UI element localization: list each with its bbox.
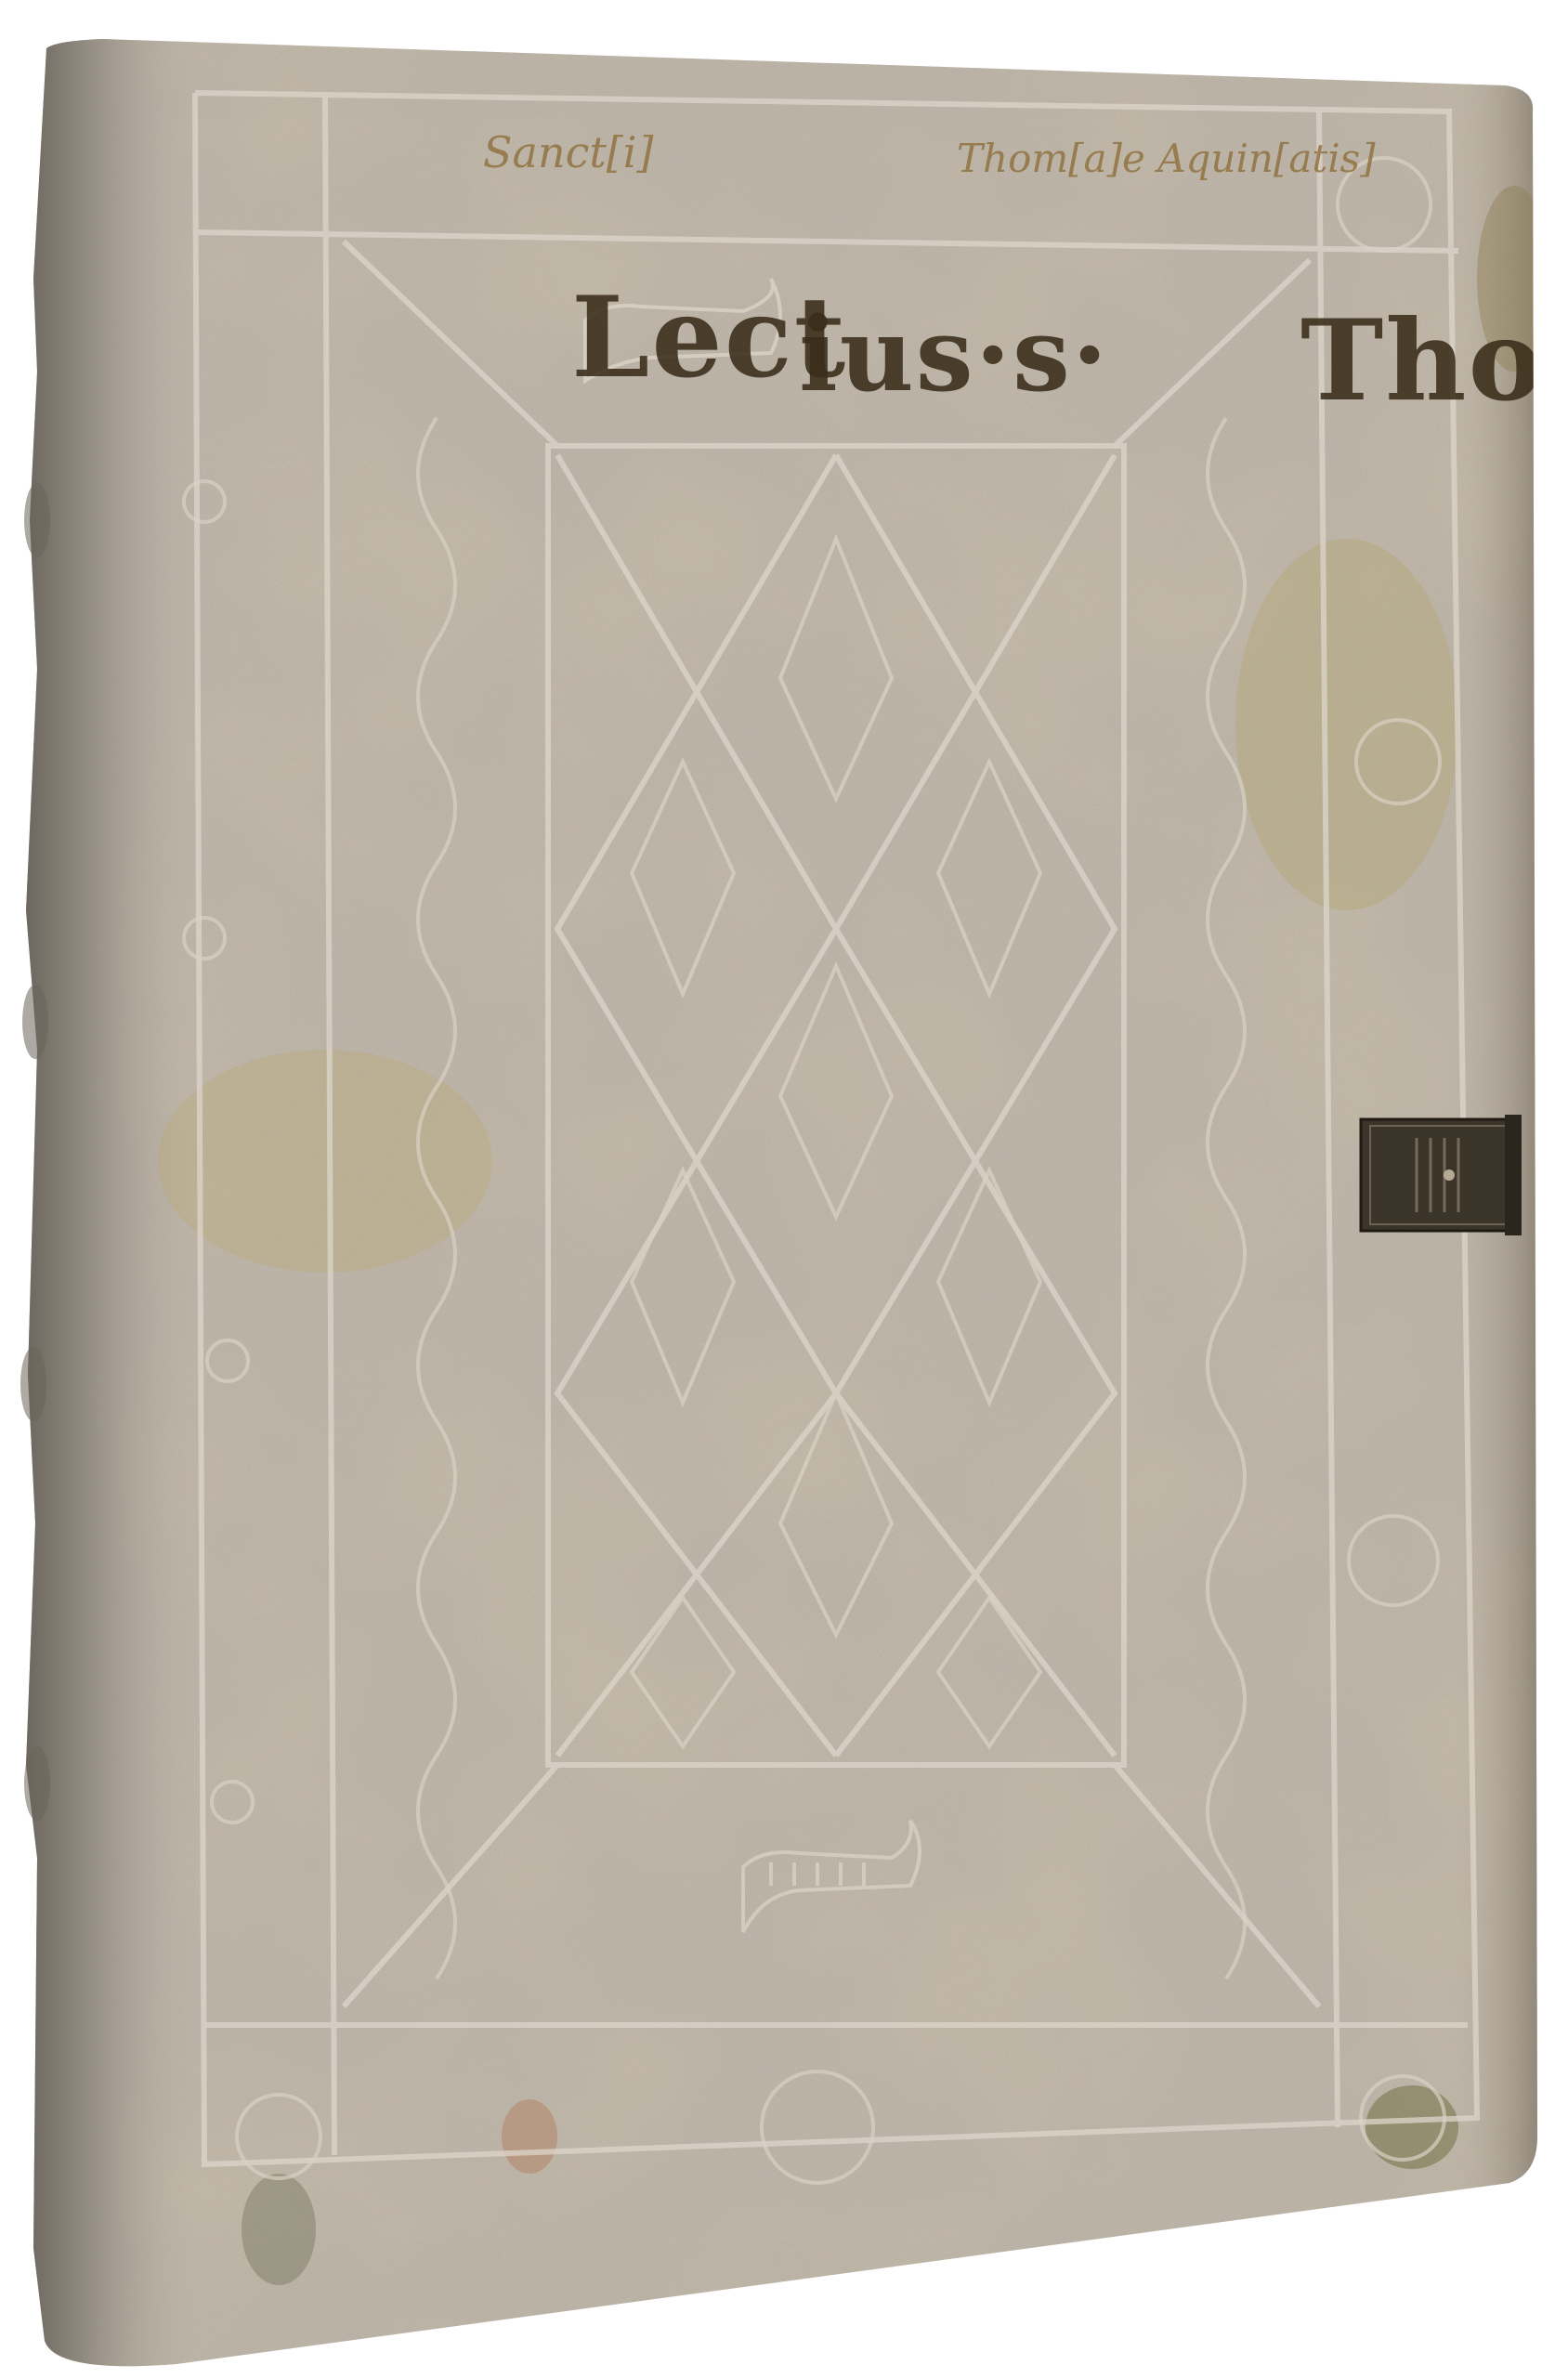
cover-body: Sanct[i] Thom[a]e Aquin[atis] Lect ius·s… [0, 0, 1568, 2378]
manuscript-note-left: Sanct[i] [483, 127, 653, 177]
title-segment-2: ius·s· [799, 294, 1109, 414]
manuscript-note-right: Thom[a]e Aquin[atis] [957, 136, 1376, 181]
clasp [1361, 1115, 1522, 1235]
book-cover-photo: Sanct[i] Thom[a]e Aquin[atis] Lect ius·s… [0, 0, 1568, 2378]
title-segment-3: Tho [1300, 295, 1545, 426]
